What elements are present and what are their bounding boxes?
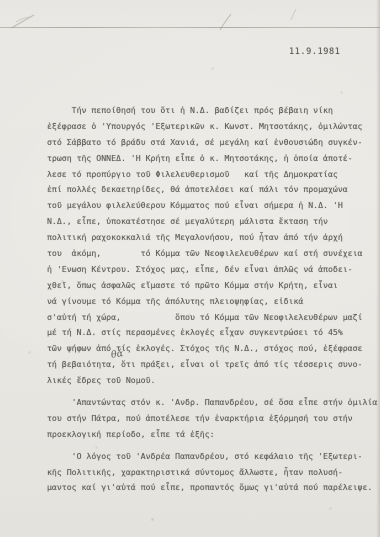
text-line: προεκλογική περίοδο, εἶπε τά ἑξῆς:: [47, 427, 377, 443]
text-line: τρωση τῆς ΟΝΝΕΔ. 'Η Κρήτη εἶπε ὁ κ. Μητσ…: [47, 151, 377, 167]
text-line: τοῦ μεγάλου φιλελεύθερου Κόμματος πού εἶ…: [47, 198, 377, 214]
text-line: Τήν πεποίθησή του ὅτι ἡ Ν.Δ. βαδίζει πρό…: [47, 103, 377, 119]
paragraph: Τήν πεποίθησή του ὅτι ἡ Ν.Δ. βαδίζει πρό…: [47, 103, 377, 389]
text-line: χθεῖ, ὅπως ἀσφαλῶς εἴμαστε τό πρῶτο Κόμμ…: [47, 278, 377, 294]
scan-noise-speckles: [0, 0, 1, 1]
text-line: ἐξέφρασε ὁ 'Υπουργός 'Εξωτερικῶν κ. Κωνσ…: [47, 119, 377, 135]
paragraph: 'Απαντώντας στόν κ. 'Ανδρ. Παπανδρέου, σ…: [47, 395, 377, 443]
text-line: μέ τή Ν.Δ. στίς περασμένες ἐκλογές εἶχαν…: [47, 325, 377, 341]
text-line: λικές ἕδρες τοῦ Νομοῦ.: [47, 373, 377, 389]
text-line: σ'αὐτή τή χώρα, ὅπου τό Κόμμα τῶν Νεοφιλ…: [47, 310, 377, 326]
handwritten-insertion: θά: [110, 348, 124, 361]
document-date: 11.9.1981: [289, 47, 340, 57]
text-line: λεσε τό προπύργιο τοῦ Φιλελευθερισμοῦ κα…: [47, 167, 377, 183]
text-line: τή βεβαιότητα, ὅτι πράξει, εἶναι οἱ τρεῖ…: [47, 357, 377, 373]
scanned-document-page: 11.9.1981 Τήν πεποίθησή του ὅτι ἡ Ν.Δ. β…: [0, 0, 380, 537]
text-line: 'Ο λόγος τοῦ 'Ανδρέα Παπανδρέου, στό κεφ…: [47, 449, 377, 465]
text-line: ἡ 'Ενωση Κέντρου. Στόχος μας, εἶπε, δέν …: [47, 262, 377, 278]
text-line: πολιτική ραχοκοκκαλιά τῆς Μεγαλονήσου, π…: [47, 230, 377, 246]
document-body: Τήν πεποίθησή του ὅτι ἡ Ν.Δ. βαδίζει πρό…: [47, 103, 377, 496]
text-line: κῆς Πολιτικῆς, χαρακτηριστικά σύντομος ἄ…: [47, 465, 377, 481]
text-line: νά γίνουμε τό Κόμμα τῆς ἀπόλυτης πλειοψη…: [47, 294, 377, 310]
text-line: μαντος καί γι'αὐτά πού εἶπε, προπαντός ὅ…: [47, 480, 377, 496]
text-line: Ν.Δ., εἶπε, ὑποκατέστησε σέ μεγαλύτερη μ…: [47, 214, 377, 230]
paragraph: 'Ο λόγος τοῦ 'Ανδρέα Παπανδρέου, στό κεφ…: [47, 449, 377, 497]
text-line: του ἀκόμη, τό Κόμμα τῶν Νεοφιλελευθέρων …: [47, 246, 377, 262]
text-line: τῶν ψήφων ἀπό τίς ἐκλογές. Στόχος τῆς Ν.…: [47, 341, 377, 357]
text-line: στό Σάββατο τό βράδυ στά Χανιά, σέ μεγάλ…: [47, 135, 377, 151]
text-line: του στήν Πάτρα, πού ἀποτέλεσε τήν ἐναρκτ…: [47, 411, 377, 427]
text-line: ἐπί πολλές δεκαετηρίδες, θά ἀποτελέσει κ…: [47, 182, 377, 198]
text-line: 'Απαντώντας στόν κ. 'Ανδρ. Παπανδρέου, σ…: [47, 395, 377, 411]
